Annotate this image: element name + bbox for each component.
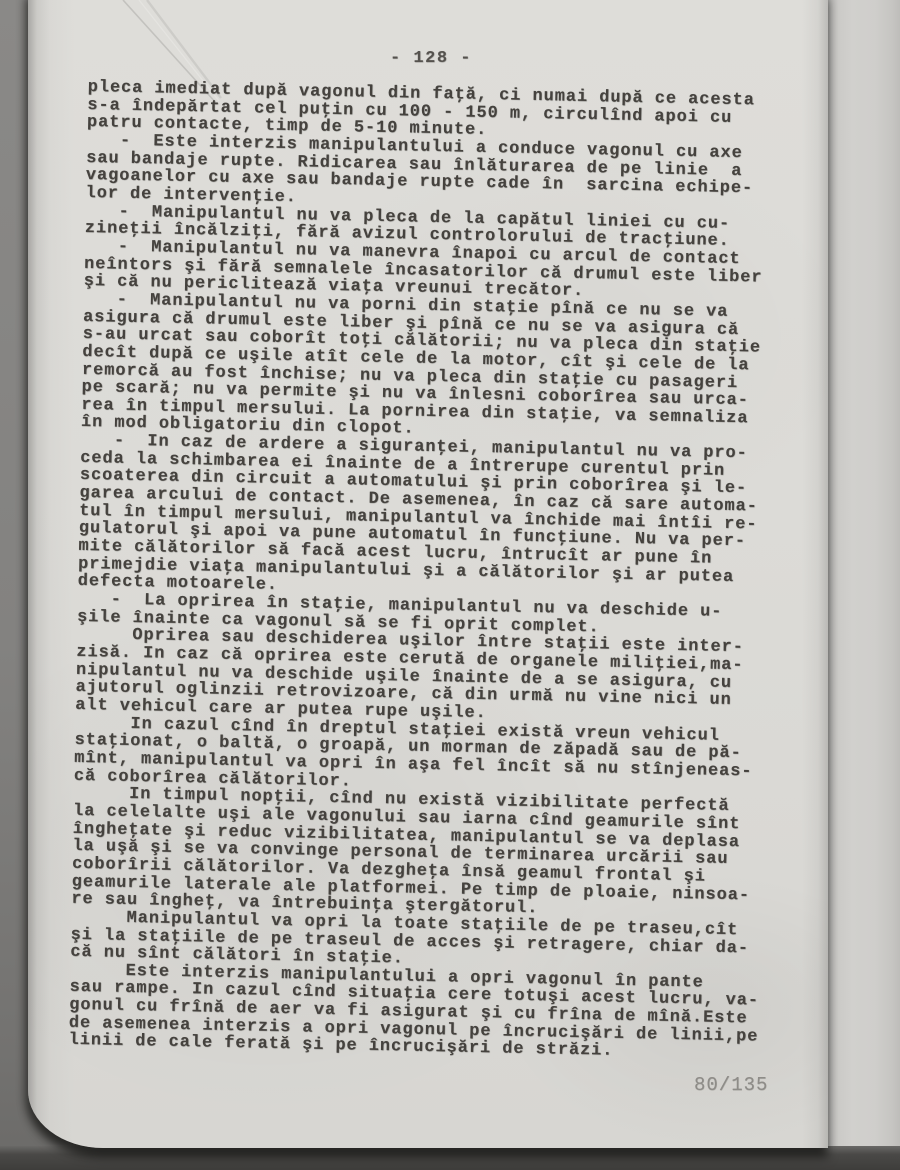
page-body-text: pleca imediat după vagonul din faţă, ci … <box>68 79 797 1064</box>
adjacent-page-edge <box>820 0 900 1152</box>
page-number: - 128 - <box>78 49 784 68</box>
archive-counter: 80/135 <box>694 1074 768 1096</box>
scanned-document: - 128 - pleca imediat după vagonul din f… <box>0 0 900 1170</box>
bottom-scan-bar <box>0 1146 900 1170</box>
